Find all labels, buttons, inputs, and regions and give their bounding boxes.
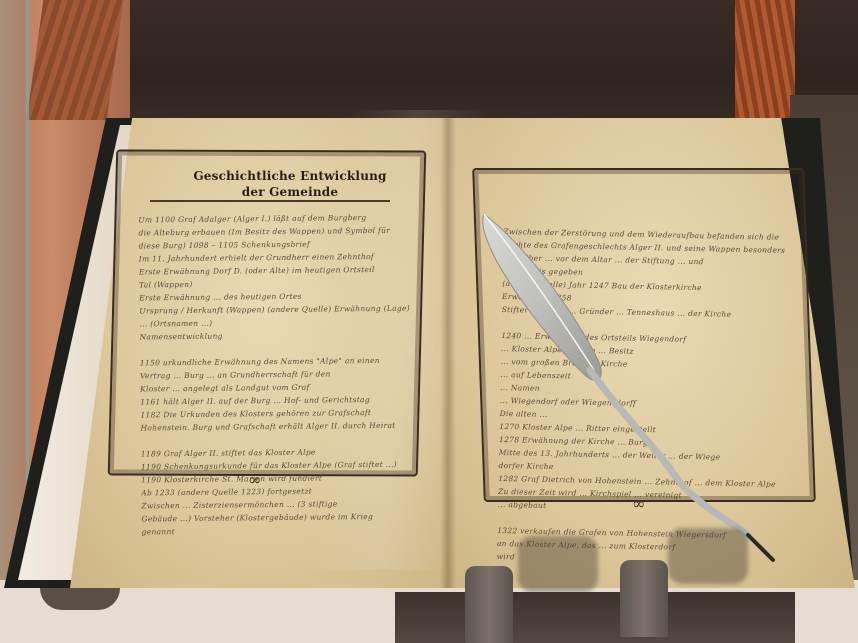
feather-quill-icon xyxy=(478,210,798,570)
left-handwritten-text: Um 1100 Graf Adalger (Alger I.) läßt auf… xyxy=(138,211,416,539)
page-heading: Geschichtliche Entwicklung der Gemeinde xyxy=(190,168,390,200)
wooden-post-left xyxy=(27,0,124,120)
heading-line-1: Geschichtliche Entwicklung xyxy=(190,168,390,184)
book-stand-foot xyxy=(40,588,120,610)
stand-shadow xyxy=(668,528,748,584)
heading-rule xyxy=(150,200,390,202)
photo-scene: Geschichtliche Entwicklung der Gemeinde … xyxy=(0,0,858,643)
stand-shadow xyxy=(518,536,598,592)
book-stand-clip xyxy=(620,560,668,637)
flourish-ornament-icon: ∞ xyxy=(248,472,261,488)
wooden-post-right xyxy=(735,0,795,120)
book-stand-bar xyxy=(395,592,795,643)
book-stand-clip xyxy=(465,566,513,643)
heading-line-2: der Gemeinde xyxy=(190,184,390,200)
